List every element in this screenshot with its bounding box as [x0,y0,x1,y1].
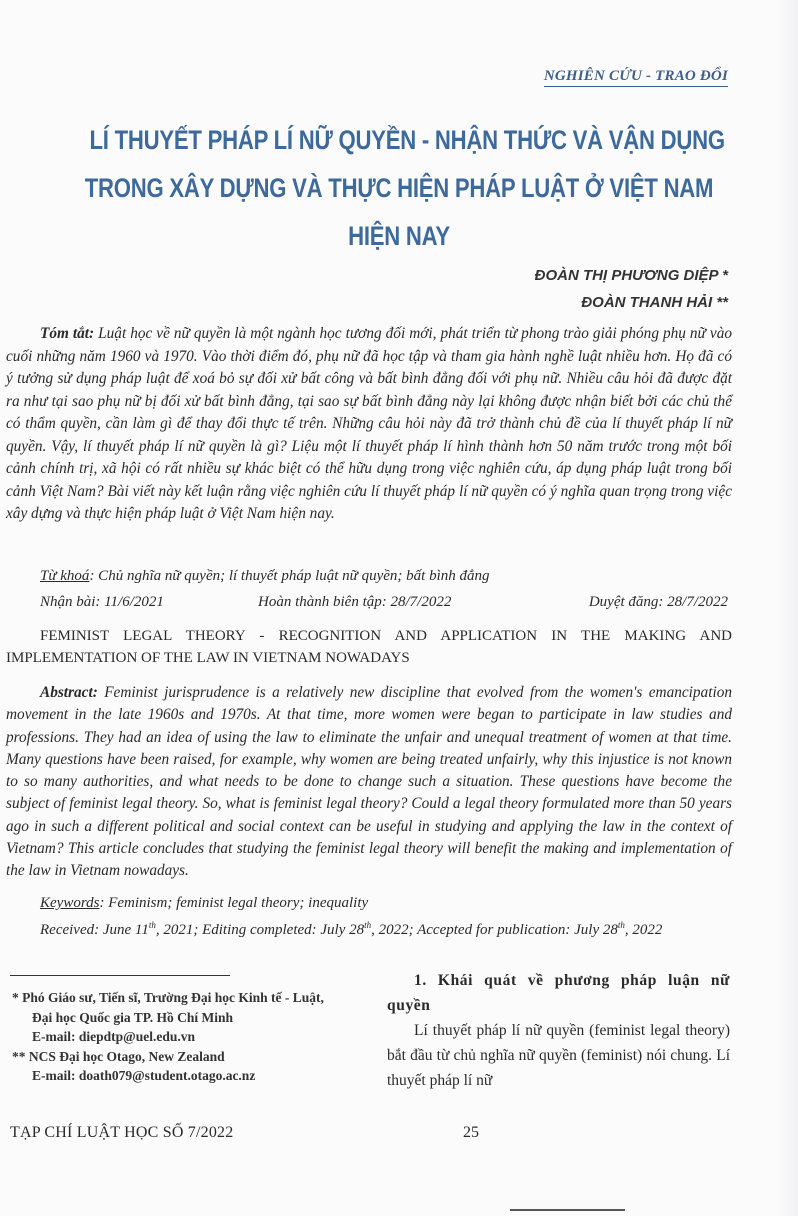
received-date-vi: Nhận bài: 11/6/2021 [40,594,164,611]
body-column-right: 1. Khái quát về phương pháp luận nữ quyề… [387,968,730,1093]
author-list: ĐOÀN THỊ PHƯƠNG DIỆP * ĐOÀN THANH HẢI ** [535,262,728,316]
footnote-1-email: E-mail: diepdtp@uel.edu.vn [12,1027,362,1047]
approved-date-vi: Duyệt đăng: 28/7/2022 [589,594,728,611]
author-1: ĐOÀN THỊ PHƯƠNG DIỆP * [535,262,728,289]
body-paragraph: Lí thuyết pháp lí nữ quyền (feminist leg… [387,1018,730,1093]
edited-date-en: , 2021; Editing completed: July 28 [156,922,364,938]
received-date-en: Received: June 11 [40,922,149,938]
section-heading-1: 1. Khái quát về phương pháp luận nữ quyề… [387,968,730,1018]
abstract-en-text: Feminist jurisprudence is a relatively n… [6,684,732,879]
article-title-line-1: LÍ THUYẾT PHÁP LÍ NỮ QUYỀN - NHẬN THỨC V… [72,116,726,164]
english-title: FEMINIST LEGAL THEORY - RECOGNITION AND … [6,625,732,669]
article-title-line-2: TRONG XÂY DỰNG VÀ THỰC HIỆN PHÁP LUẬT Ở … [72,164,726,260]
accepted-year-en: , 2022 [625,922,663,938]
footnote-1-affiliation: * Phó Giáo sư, Tiến sĩ, Trường Đại học K… [12,988,362,1008]
edited-date-vi: Hoàn thành biên tập: 28/7/2022 [258,594,451,611]
keywords-english: Keywords: Feminism; feminist legal theor… [40,895,368,912]
abstract-vietnamese: Tóm tắt: Luật học về nữ quyền là một ngà… [6,323,732,526]
keywords-en-label: Keywords [40,895,99,911]
section-tag: NGHIÊN CỨU - TRAO ĐỔI [544,68,728,87]
dates-english: Received: June 11th, 2021; Editing compl… [40,920,662,939]
footnotes: * Phó Giáo sư, Tiến sĩ, Trường Đại học K… [12,988,362,1086]
keywords-vi-label: Từ khoá [40,568,89,584]
keywords-vi-text: : Chủ nghĩa nữ quyền; lí thuyết pháp luậ… [89,568,489,584]
ordinal-suffix: th [149,920,156,930]
abstract-vi-label: Tóm tắt: [40,325,94,342]
footnote-2-affiliation: ** NCS Đại học Otago, New Zealand [12,1047,362,1067]
abstract-en-label: Abstract: [40,684,98,701]
abstract-vi-text: Luật học về nữ quyền là một ngành học tư… [6,325,732,522]
journal-footer: TẠP CHÍ LUẬT HỌC SỐ 7/2022 [10,1124,233,1142]
article-title: LÍ THUYẾT PHÁP LÍ NỮ QUYỀN - NHẬN THỨC V… [72,116,726,260]
abstract-english: Abstract: Feminist jurisprudence is a re… [6,682,732,883]
footnote-2-email: E-mail: doath079@student.otago.ac.nz [12,1066,362,1086]
keywords-en-text: : Feminism; feminist legal theory; inequ… [99,895,368,911]
footnote-1-university: Đại học Quốc gia TP. Hồ Chí Minh [12,1008,362,1028]
page-edge-shadow [776,0,798,1216]
page-number: 25 [463,1124,479,1142]
bottom-edge-mark [510,1209,625,1211]
keywords-vietnamese: Từ khoá: Chủ nghĩa nữ quyền; lí thuyết p… [40,568,490,585]
accepted-date-en: , 2022; Accepted for publication: July 2… [371,922,618,938]
ordinal-suffix: th [618,920,625,930]
author-2: ĐOÀN THANH HẢI ** [535,289,728,316]
footnote-divider [10,975,230,976]
